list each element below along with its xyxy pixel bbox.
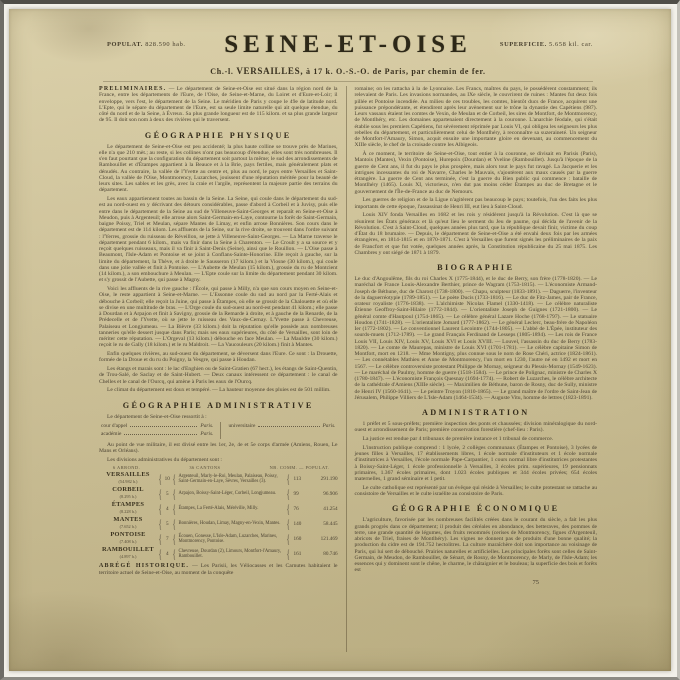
divisions-intro: Les divisions administratives du départe… — [99, 457, 338, 463]
arrond-name: ÉTAMPES(8.228 h.) — [99, 502, 157, 515]
canton-list: Étampes, La Ferté-Alais, Méréville, Mill… — [178, 506, 286, 511]
canton-count: 5 — [163, 521, 171, 527]
preliminaires-heading: PRÉLIMINAIRES. — [99, 86, 166, 92]
section-heading-geographie-administrative: GÉOGRAPHIE ADMINISTRATIVE — [99, 401, 338, 410]
canton-count: 4 — [163, 506, 171, 512]
table-row: RAMBOUILLET(4.897 h.) { 4 { Chevreuse, D… — [99, 547, 338, 560]
history-paragraph: romaine; on les rattacha à la 4e Lyonnai… — [355, 86, 597, 149]
brace-icon: { — [173, 534, 176, 544]
row-numbers: 113291.190 — [292, 476, 338, 482]
section-heading-biographie: BIOGRAPHIE — [355, 263, 597, 272]
canton-list: Argenteuil, Marly-le-Roi, Meulan, Palais… — [178, 474, 286, 484]
arrond-name: MANTES(7.652 h.) — [99, 517, 157, 530]
row-numbers: 14058.445 — [292, 521, 338, 527]
administration-paragraph: L'instruction publique comprend : 1 lycé… — [355, 445, 597, 483]
leader-label: cour d'appel — [101, 423, 127, 430]
brace-icon: { — [287, 504, 290, 514]
table-header-cantons: 36 CANTONS — [189, 465, 220, 470]
arrond-name: CORBEIL(8.295 h.) — [99, 487, 157, 500]
population-count: 96.906 — [323, 491, 337, 497]
history-paragraph: Les guerres de religion et de la Ligue n… — [355, 197, 597, 210]
section-heading-administration: ADMINISTRATION — [355, 408, 597, 417]
population-label: POPULAT. — [107, 41, 143, 48]
population-stat: POPULAT. 828.590 hab. — [107, 41, 186, 48]
leader-value: Paris. — [200, 423, 213, 430]
arrond-population: (7.652 h.) — [99, 524, 157, 531]
table-row: ÉTAMPES(8.228 h.) { 4 { Étampes, La Fert… — [99, 502, 338, 515]
table-header-arrond: 6 ARROND. — [113, 465, 140, 470]
subtitle-chef-lieu: VERSAILLES, — [236, 66, 303, 76]
leader-label: universitaire — [228, 423, 255, 430]
administration-paragraph: 1 préfet et 5 sous-préfets; première ins… — [355, 421, 597, 434]
history-paragraph: Louis XIV fonda Versailles en 1682 et le… — [355, 212, 597, 256]
population-count: 58.445 — [323, 521, 337, 527]
arrond-name: VERSAILLES(54.982 h.) — [99, 472, 157, 485]
biographie-paragraph: Le duc d'Angoulême, fils du roi Charles … — [355, 276, 597, 401]
abrege-paragraph: ABRÉGÉ HISTORIQUE. — Les Parisii, les Vé… — [99, 563, 338, 576]
brace-icon: { — [159, 519, 162, 529]
dotted-leader — [130, 422, 197, 427]
canton-count: 7 — [163, 536, 171, 542]
canton-list: Bonnières, Houdan, Limay, Magny-en-Vexin… — [178, 521, 286, 526]
arrond-name: PONTOISE(7.408 h.) — [99, 532, 157, 545]
canton-count: 5 — [163, 491, 171, 497]
left-column: PRÉLIMINAIRES. — Le département de Seine… — [99, 86, 346, 652]
brace-icon: { — [173, 504, 176, 514]
dotted-leader — [124, 430, 197, 435]
population-count: 291.190 — [321, 476, 338, 482]
communes-count: 76 — [294, 506, 299, 512]
administration-paragraph: Le culte catholique est représenté par u… — [355, 485, 597, 498]
preliminaires-paragraph: PRÉLIMINAIRES. — Le département de Seine… — [99, 86, 338, 124]
scan-background: POPULAT. 828.590 hab. SEINE-ET-OISE SUPE… — [0, 0, 680, 680]
row-numbers: 9996.906 — [292, 491, 338, 497]
history-paragraph: À ce moment, le territoire de Seine-et-O… — [355, 151, 597, 195]
arrond-population: (7.408 h.) — [99, 539, 157, 546]
section-heading-geographie-physique: GÉOGRAPHIE PHYSIQUE — [99, 131, 338, 140]
table-row: PONTOISE(7.408 h.) { 7 { Écouen, Gonesse… — [99, 532, 338, 545]
masthead: POPULAT. 828.590 hab. SEINE-ET-OISE SUPE… — [99, 25, 597, 65]
text-columns: PRÉLIMINAIRES. — Le département de Seine… — [99, 86, 597, 652]
brace-icon: { — [159, 474, 162, 484]
subtitle: Ch.-l. VERSAILLES, à 17 k. O.-S.-O. de P… — [99, 66, 597, 76]
section-heading-geographie-economique: GÉOGRAPHIE ÉCONOMIQUE — [355, 504, 597, 513]
physique-paragraph: Le département de Seine-et-Oise est peu … — [99, 144, 338, 194]
admin-intro: Le département de Seine-et-Oise ressorti… — [99, 414, 338, 420]
table-row: VERSAILLES(54.982 h.) { 10 { Argenteuil,… — [99, 472, 338, 485]
preliminaires-text: — Le département de Seine-et-Oise est si… — [99, 86, 338, 123]
communes-count: 113 — [294, 476, 302, 482]
superficie-value: 5.658 kil. car. — [549, 41, 593, 48]
canton-count: 4 — [163, 551, 171, 557]
communes-count: 160 — [294, 536, 302, 542]
leader-row: académie Paris. — [101, 430, 213, 438]
brace-icon: { — [159, 549, 162, 559]
leader-label: académie — [101, 431, 121, 438]
leader-row: cour d'appel Paris. — [101, 422, 213, 430]
arrond-population: (8.295 h.) — [99, 494, 157, 501]
brace-icon: { — [287, 519, 290, 529]
arrond-population: (4.897 h.) — [99, 554, 157, 561]
arrondissements-table: 6 ARROND. 36 CANTONS NB. COMM. — POPULAT… — [99, 465, 338, 560]
leader-row: universitaire Paris. — [228, 422, 335, 430]
physique-paragraph: Enfin quelques rivières, au sud-ouest du… — [99, 351, 338, 364]
document-page: POPULAT. 828.590 hab. SEINE-ET-OISE SUPE… — [9, 9, 671, 671]
subtitle-rest: à 17 k. O.-S.-O. de Paris, par chemin de… — [306, 67, 486, 76]
communes-count: 140 — [294, 521, 302, 527]
header-rule — [103, 81, 593, 82]
economique-paragraph: L'agriculture, favorisée par les nombreu… — [355, 517, 597, 573]
brace-icon: { — [287, 474, 290, 484]
population-count: 41.254 — [323, 506, 337, 512]
brace-icon: { — [173, 549, 176, 559]
table-header: 6 ARROND. 36 CANTONS NB. COMM. — POPULAT… — [113, 465, 330, 470]
row-numbers: 160121.469 — [292, 536, 338, 542]
communes-count: 161 — [294, 551, 302, 557]
brace-icon: { — [173, 474, 176, 484]
brace-icon: { — [159, 504, 162, 514]
row-numbers: 16180.746 — [292, 551, 338, 557]
brace-icon: { — [287, 534, 290, 544]
leader-value: Paris. — [200, 431, 213, 438]
physique-paragraph: Voici les affluents de la rive gauche : … — [99, 286, 338, 349]
arrond-name: RAMBOUILLET(4.897 h.) — [99, 547, 157, 560]
dotted-leader — [258, 422, 319, 427]
page-content: POPULAT. 828.590 hab. SEINE-ET-OISE SUPE… — [99, 25, 597, 663]
arrond-population: (8.228 h.) — [99, 509, 157, 516]
abrege-heading: ABRÉGÉ HISTORIQUE. — [99, 563, 189, 569]
brace-icon: { — [287, 549, 290, 559]
superficie-label: SUPERFICIE. — [500, 41, 547, 48]
brace-icon: { — [159, 534, 162, 544]
arrond-population: (54.982 h.) — [99, 479, 157, 486]
brace-icon: { — [159, 489, 162, 499]
physique-paragraph: Les étangs et marais sont : le lac d'Eng… — [99, 366, 338, 385]
canton-list: Arpajon, Boissy-Saint-Léger, Corbeil, Lo… — [178, 491, 286, 496]
leaders-left: cour d'appel Paris. académie Paris. — [101, 422, 221, 438]
physique-paragraph: Les eaux appartiennent toutes au bassin … — [99, 196, 338, 284]
military-paragraph: Au point de vue militaire, il est divisé… — [99, 442, 338, 455]
table-header-communes-populat: NB. COMM. — POPULAT. — [270, 465, 330, 470]
table-row: CORBEIL(8.295 h.) { 5 { Arpajon, Boissy-… — [99, 487, 338, 500]
canton-list: Chevreuse, Dourdan (2), Limours, Montfor… — [178, 549, 286, 559]
canton-list: Écouen, Gonesse, L'Isle-Adam, Luzarches,… — [178, 534, 286, 544]
population-value: 828.590 hab. — [145, 41, 185, 48]
canton-count: 10 — [163, 476, 171, 482]
brace-icon: { — [287, 489, 290, 499]
brace-icon: { — [173, 519, 176, 529]
brace-icon: { — [173, 489, 176, 499]
administration-paragraph: La justice est rendue par 4 tribunaux de… — [355, 436, 597, 442]
population-count: 80.746 — [323, 551, 337, 557]
communes-count: 99 — [294, 491, 299, 497]
physique-paragraph: Le climat du département est doux et tem… — [99, 387, 338, 393]
page-number: 75 — [355, 579, 597, 586]
superficie-stat: SUPERFICIE. 5.658 kil. car. — [500, 41, 593, 48]
population-count: 121.469 — [321, 536, 338, 542]
subtitle-prefix: Ch.-l. — [210, 67, 233, 76]
table-row: MANTES(7.652 h.) { 5 { Bonnières, Houdan… — [99, 517, 338, 530]
leaders-right: universitaire Paris. — [221, 422, 335, 438]
row-numbers: 7641.254 — [292, 506, 338, 512]
right-column: romaine; on les rattacha à la 4e Lyonnai… — [346, 86, 597, 652]
leader-value: Paris. — [323, 423, 336, 430]
jurisdiction-leaders: cour d'appel Paris. académie Paris. — [101, 422, 336, 438]
